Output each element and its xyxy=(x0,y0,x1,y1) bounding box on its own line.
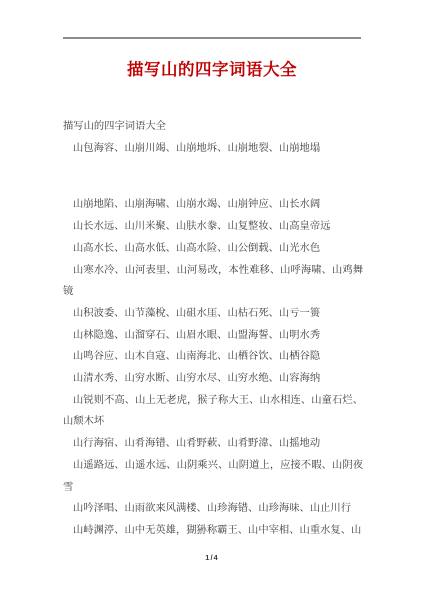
idiom-paragraph: 山长水远、山川米聚、山肤水豢、山复整妆、山高皇帝远 xyxy=(63,216,363,238)
document-page: 描写山的四字词语大全 描写山的四字词语大全 山包海容、山崩川竭、山崩地坼、山崩地… xyxy=(0,0,424,600)
document-body: 描写山的四字词语大全 山包海容、山崩川竭、山崩地坼、山崩地裂、山崩地塌山崩地陷、… xyxy=(63,116,363,542)
idiom-paragraph: 山积波委、山节藻梲、山砠水厓、山枯石死、山亏一篑 xyxy=(63,303,363,325)
idiom-paragraph: 山寒水冷、山河表里、山河易改，本性难移、山呼海啸、山鸡舞镜 xyxy=(63,260,363,303)
idiom-paragraph: 山锐则不高、山上无老虎，猴子称大王、山水相连、山童石烂、山颓木坏 xyxy=(63,390,363,433)
body-heading: 描写山的四字词语大全 xyxy=(63,116,363,138)
idiom-paragraph: 山林隐逸、山溜穿石、山眉水眼、山盟海誓、山明水秀 xyxy=(63,325,363,347)
idiom-paragraph-list: 山包海容、山崩川竭、山崩地坼、山崩地裂、山崩地塌山崩地陷、山崩海啸、山崩水竭、山… xyxy=(63,138,363,542)
idiom-paragraph: 山鸣谷应、山木自寇、山南海北、山栖谷饮、山栖谷隐 xyxy=(63,346,363,368)
idiom-paragraph: 山包海容、山崩川竭、山崩地坼、山崩地裂、山崩地塌 xyxy=(63,138,363,160)
header-rule xyxy=(63,37,361,39)
idiom-paragraph: 山峙渊渟、山中无英雄，猢狲称霸王、山中宰相、山重水复、山 xyxy=(63,520,363,542)
idiom-paragraph: 山行海宿、山肴海错、山肴野蔌、山肴野湋、山摇地动 xyxy=(63,433,363,455)
idiom-paragraph: 山高水长、山高水低、山高水险、山公倒载、山光水色 xyxy=(63,238,363,260)
page-number: 1/4 xyxy=(0,553,424,562)
idiom-paragraph: 山遥路远、山遥水远、山阴乘兴、山阴道上，应接不暇、山阴夜雪 xyxy=(63,455,363,498)
blank-line xyxy=(63,159,363,194)
document-title: 描写山的四字词语大全 xyxy=(0,58,424,82)
idiom-paragraph: 山崩地陷、山崩海啸、山崩水竭、山崩钟应、山长水阔 xyxy=(63,194,363,216)
idiom-paragraph: 山吟泽唱、山雨欲来风满楼、山珍海错、山珍海味、山止川行 xyxy=(63,498,363,520)
idiom-paragraph: 山清水秀、山穷水断、山穷水尽、山穷水绝、山容海纳 xyxy=(63,368,363,390)
